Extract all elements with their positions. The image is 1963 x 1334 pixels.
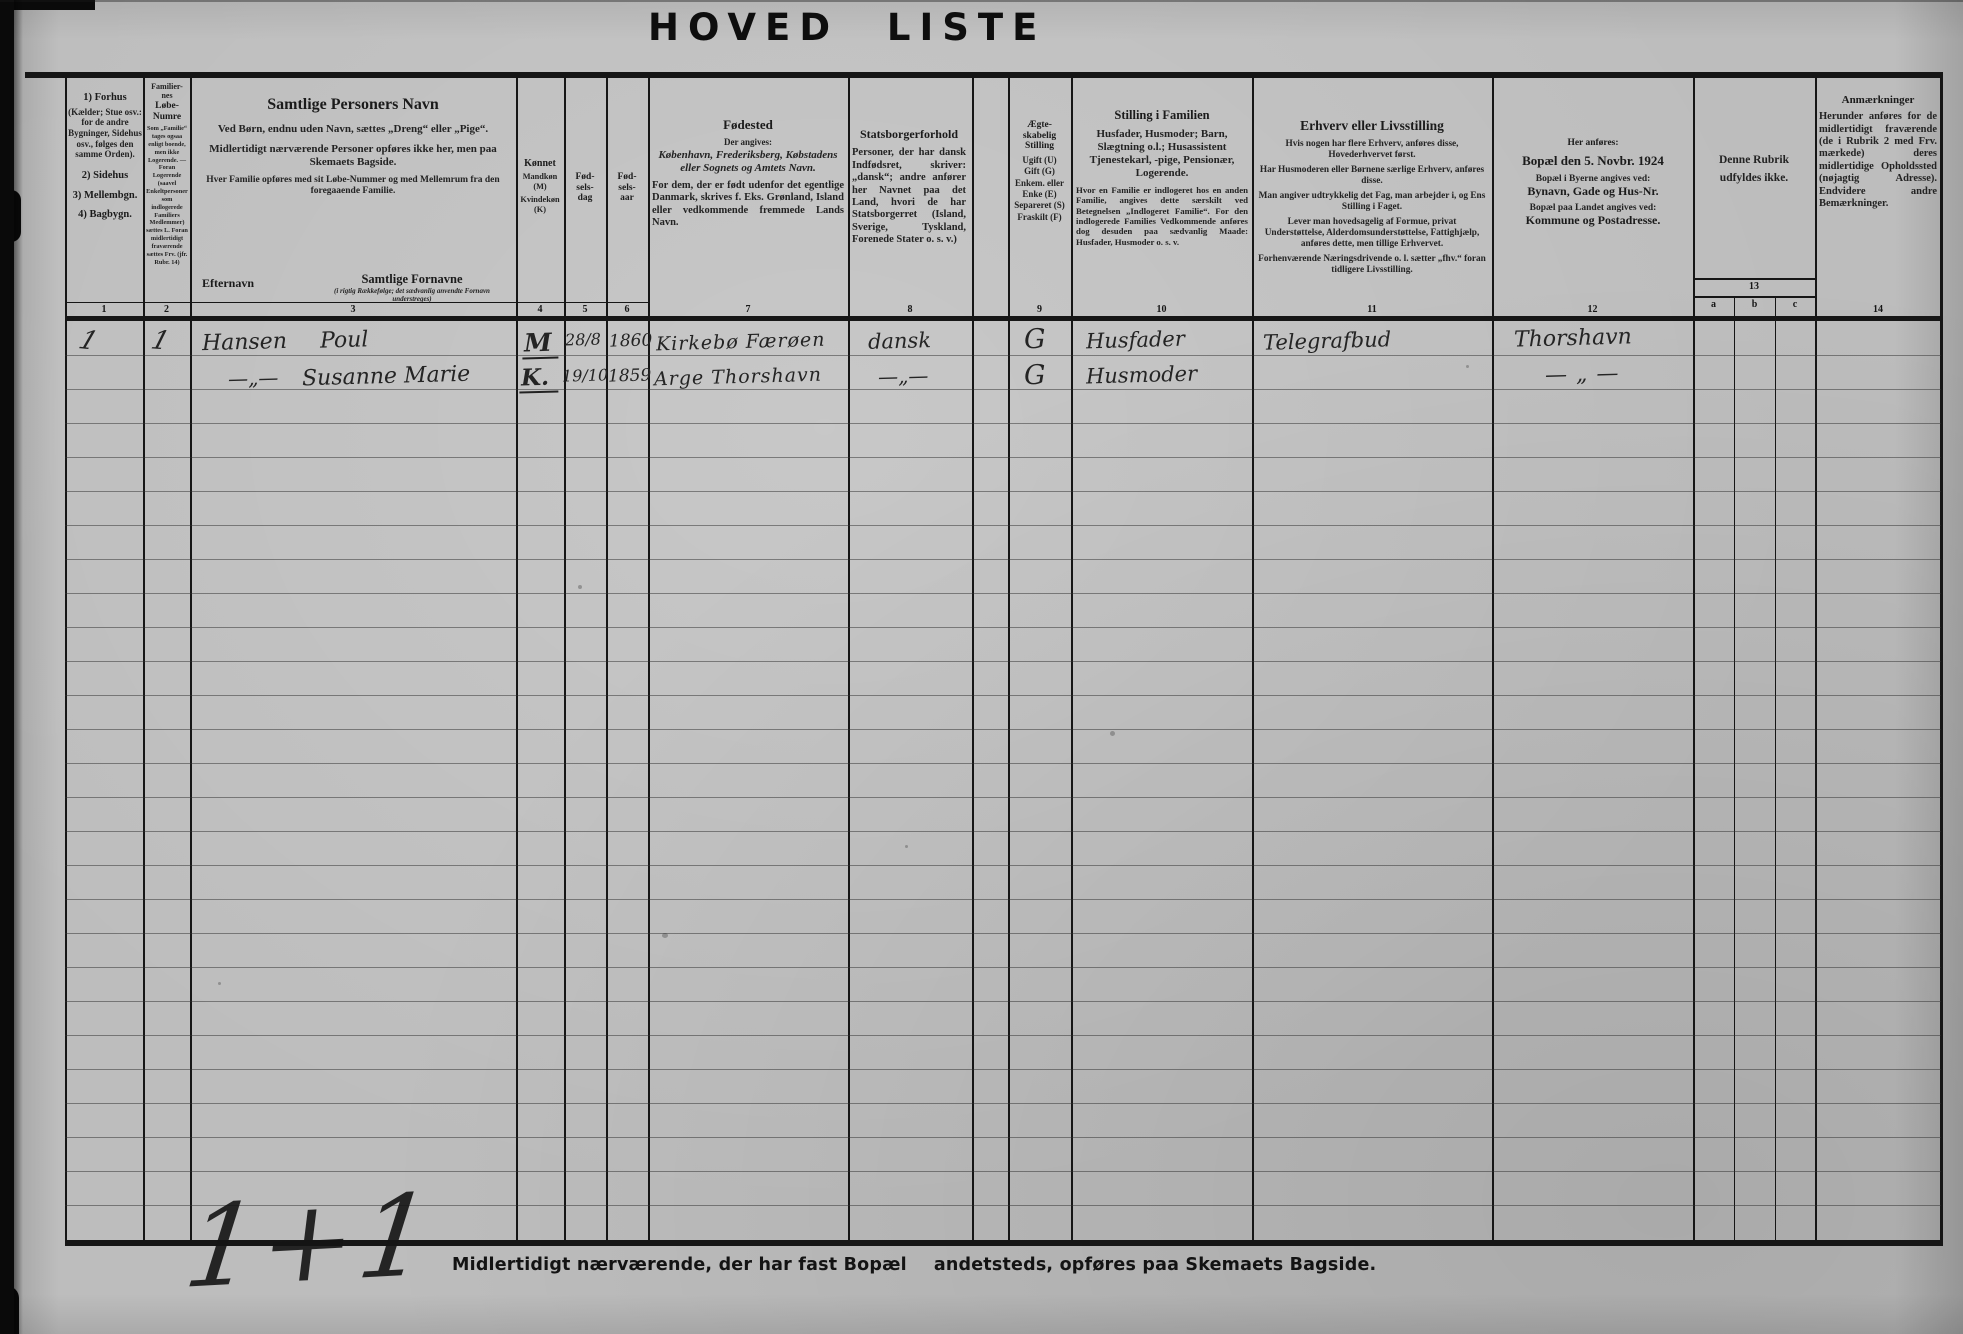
col-number-13: 13 (1693, 281, 1815, 292)
subcolumn-border (1775, 296, 1776, 1240)
row-rule (65, 967, 1941, 968)
col-number-7: 7 (648, 304, 848, 315)
row-rule (65, 593, 1941, 594)
header-line: Herunder anføres for de midlertidigt fra… (1819, 111, 1937, 210)
header-line: København, Frederiksberg, Købstadens ell… (652, 149, 844, 175)
subheader-efternavn: Efternavn (202, 277, 302, 290)
col-number-8: 8 (848, 304, 972, 315)
entry-marital-status: G (1024, 324, 1046, 356)
header-line: Gift (G) (1010, 166, 1069, 177)
header-line: 4) Bagbygn. (68, 209, 142, 221)
column-header-stilling-i-familien: Stilling i Familien Husfader, Husmoder; … (1076, 108, 1248, 247)
entry-birthyear: 1859 (608, 365, 652, 386)
paper-speck (1466, 365, 1469, 368)
column-title: Erhverv eller Livsstilling (1257, 118, 1487, 133)
col-number-5: 5 (564, 304, 606, 315)
paper-speck (1110, 731, 1115, 736)
entry-birthday: 28/8 (565, 330, 601, 350)
scanned-census-sheet: HOVED LISTE 1) Forhus (Kælder; Stue osv.… (0, 0, 1963, 1334)
entry-forename: Susanne Marie (302, 362, 471, 392)
row-rule (65, 763, 1941, 764)
footer-note-left: Midlertidigt nærværende, der har fast Bo… (452, 1255, 907, 1275)
col-number-6: 6 (606, 304, 648, 315)
column-header-fodselsaar: Fød- sels- aar (607, 172, 647, 204)
row-rule (65, 1069, 1941, 1070)
column-title: Ægte- (1010, 120, 1069, 131)
header-line: Løbe-Numre (146, 101, 188, 122)
entry-marital-status: G (1024, 360, 1046, 392)
column-header-denne-rubrik: Denne Rubrik udfyldes ikke. (1700, 151, 1808, 188)
column-header-anmaerkninger: Anmærkninger Herunder anføres for de mid… (1819, 94, 1937, 210)
header-line: Separeret (S) (1010, 200, 1069, 211)
column-header-navn: Samtlige Personers Navn Ved Børn, endnu … (196, 96, 510, 197)
paper-speck (578, 585, 582, 589)
entry-birthplace: Arge Thorshavn (654, 364, 823, 391)
row-rule (65, 1103, 1941, 1104)
header-line: For dem, der er født udenfor det egentli… (652, 180, 844, 230)
column-title: Bopæl den 5. Novbr. 1924 (1497, 154, 1689, 169)
row-rule (65, 525, 1941, 526)
row-rule (65, 423, 1941, 424)
col-number-13b: b (1734, 299, 1775, 310)
header-line: Familier-nes (146, 82, 188, 101)
column-header-bopael: Her anføres: Bopæl den 5. Novbr. 1924 Bo… (1497, 138, 1689, 227)
page-title: HOVED LISTE (648, 6, 1046, 49)
header-line: Personer, der har dansk Indfødsret, skri… (852, 147, 966, 246)
header-line: Har Husmoderen eller Børnene særlige Erh… (1257, 165, 1487, 187)
header-line: Husfader, Husmoder; Barn, Slægtning o.l.… (1076, 128, 1248, 180)
header-line: Hver Familie opføres med sit Løbe-Nummer… (196, 175, 510, 197)
column-header-erhverv: Erhverv eller Livsstilling Hvis nogen ha… (1257, 118, 1487, 276)
column-header-fodselsdag: Fød- sels- dag (565, 172, 605, 204)
header-line: Som „Familie“ tages ogsaa enligt boende,… (146, 125, 188, 266)
scan-edge-shadow (14, 0, 23, 1334)
row-rule (65, 797, 1941, 798)
row-rule (65, 933, 1941, 934)
row-rule (65, 559, 1941, 560)
footer-note: Midlertidigt nærværende, der har fast Bo… (452, 1255, 1376, 1275)
header-line: Kvindekøn (K) (517, 195, 563, 215)
entry-birthday: 19/10 (562, 365, 609, 385)
column-title: Anmærkninger (1819, 94, 1937, 106)
column-title: Fødested (652, 118, 844, 133)
row-rule (65, 865, 1941, 866)
entry-forename: Poul (320, 327, 369, 353)
column-title: Samtlige Personers Navn (196, 96, 510, 114)
header-line: (Kælder; Stue osv.: for de andre Bygning… (68, 107, 142, 160)
row-rule (65, 661, 1941, 662)
header-line: Forhenværende Næringsdrivende o. l. sætt… (1257, 254, 1487, 276)
row-rule (65, 729, 1941, 730)
header-line: sels- (565, 183, 605, 194)
header-line: 2) Sidehus (68, 170, 142, 182)
row-rule (65, 457, 1941, 458)
header-line: aar (607, 193, 647, 204)
row-rule (65, 627, 1941, 628)
header-line: Hvor en Familie er indlogeret hos en and… (1076, 185, 1248, 247)
rubrik13-top-line (1693, 278, 1815, 280)
header-line: Enkem. eller Enke (E) (1010, 178, 1069, 199)
entry-occupation: Telegrafbud (1263, 327, 1392, 355)
footer-note-right: andetsteds, opføres paa Skemaets Bagside… (934, 1255, 1377, 1275)
row-rule (65, 1001, 1941, 1002)
title-rule (25, 72, 1942, 78)
row-rule (65, 831, 1941, 832)
entry-citizenship: dansk (868, 328, 932, 354)
row-rule (65, 1171, 1941, 1172)
column-header-statsborgerforhold: Statsborgerforhold Personer, der har dan… (852, 128, 966, 246)
column-title: skabelig (1010, 131, 1069, 142)
header-line: Ved Børn, endnu uden Navn, sættes „Dreng… (196, 123, 510, 136)
column-header-konnet: Kønnet Mandkøn (M) Kvindekøn (K) (517, 158, 563, 214)
rubrik13-mid-line (1693, 296, 1815, 298)
col-number-14: 14 (1815, 304, 1941, 315)
col-number-10: 10 (1071, 304, 1252, 315)
col-number-11: 11 (1252, 304, 1492, 315)
header-line: Ugift (U) (1010, 155, 1069, 166)
subheader-fornavne: Samtlige Fornavne (i rigtig Rækkefølge; … (322, 272, 502, 304)
header-line: Mandkøn (M) (517, 172, 563, 192)
scan-edge-top (0, 0, 1963, 2)
paper-speck (905, 845, 908, 848)
row-rule (65, 695, 1941, 696)
col-number-9: 9 (1008, 304, 1071, 315)
header-line: Der angives: (652, 137, 844, 148)
row-rule (65, 899, 1941, 900)
header-line: Man angiver udtrykkelig det Fag, man arb… (1257, 191, 1487, 213)
header-line: sels- (607, 183, 647, 194)
header-line: Her anføres: (1497, 138, 1689, 149)
subcolumn-border (1734, 296, 1735, 1240)
entry-sex: K. (519, 363, 559, 393)
column-header-forhus: 1) Forhus (Kælder; Stue osv.: for de and… (68, 92, 142, 221)
header-line: dag (565, 193, 605, 204)
header-line: (i rigtig Rækkefølge; det sædvanlig anve… (322, 287, 502, 304)
header-line: Kommune og Postadresse. (1497, 214, 1689, 227)
header-line: Samtlige Fornavne (322, 272, 502, 286)
entry-forhus: 1 (75, 326, 102, 357)
header-line: Bynavn, Gade og Hus-Nr. (1497, 185, 1689, 198)
entry-surname-ditto: —„— (228, 365, 279, 390)
header-line: Fød- (607, 172, 647, 183)
header-line: Midlertidigt nærværende Personer opføres… (196, 143, 510, 169)
row-rule (65, 1035, 1941, 1036)
entry-surname: Hansen (202, 329, 288, 356)
header-line: Fød- (565, 172, 605, 183)
col-number-1: 1 (65, 304, 143, 315)
col-number-4: 4 (516, 304, 564, 315)
entry-lobenummer: 1 (148, 326, 173, 357)
column-title: Stilling (1010, 141, 1069, 152)
header-line: 1) Forhus (68, 92, 142, 104)
header-line: Fraskilt (F) (1010, 212, 1069, 223)
row-rule (65, 1137, 1941, 1138)
entry-sex: M (522, 328, 559, 360)
col-number-12: 12 (1492, 304, 1693, 315)
entry-residence: Thorshavn (1514, 324, 1632, 352)
column-header-fodested: Fødested Der angives: København, Frederi… (652, 118, 844, 230)
header-bottom-rule (65, 316, 1943, 321)
col-number-13c: c (1775, 299, 1815, 310)
header-line: Lever man hovedsagelig af Formue, privat… (1257, 217, 1487, 250)
entry-family-position: Husmoder (1086, 361, 1198, 388)
col-number-13a: a (1693, 299, 1734, 310)
handwritten-tally: 1+1 (179, 1179, 441, 1305)
column-header-aegteskabelig-stilling: Ægte- skabelig Stilling Ugift (U) Gift (… (1010, 120, 1069, 223)
column-title: Kønnet (517, 158, 563, 169)
row-rule (65, 491, 1941, 492)
entry-citizenship-ditto: —„— (878, 363, 929, 388)
col-number-2: 2 (143, 304, 190, 315)
column-title: Stilling i Familien (1076, 108, 1248, 122)
entry-family-position: Husfader (1086, 327, 1185, 354)
row-rule (65, 355, 1941, 356)
column-title: Statsborgerforhold (852, 128, 966, 141)
column-header-lobenumre: Familier-nes Løbe-Numre Som „Familie“ ta… (146, 82, 188, 267)
header-line: Hvis nogen har flere Erhverv, anføres di… (1257, 139, 1487, 161)
paper-speck (218, 982, 221, 985)
entry-residence-ditto: —„— (1545, 361, 1628, 388)
entry-birthplace: Kirkebø Færøen (656, 329, 826, 356)
col-number-3: 3 (190, 304, 516, 315)
header-line: 3) Mellembgn. (68, 190, 142, 202)
entry-birthyear: 1860 (609, 330, 653, 351)
